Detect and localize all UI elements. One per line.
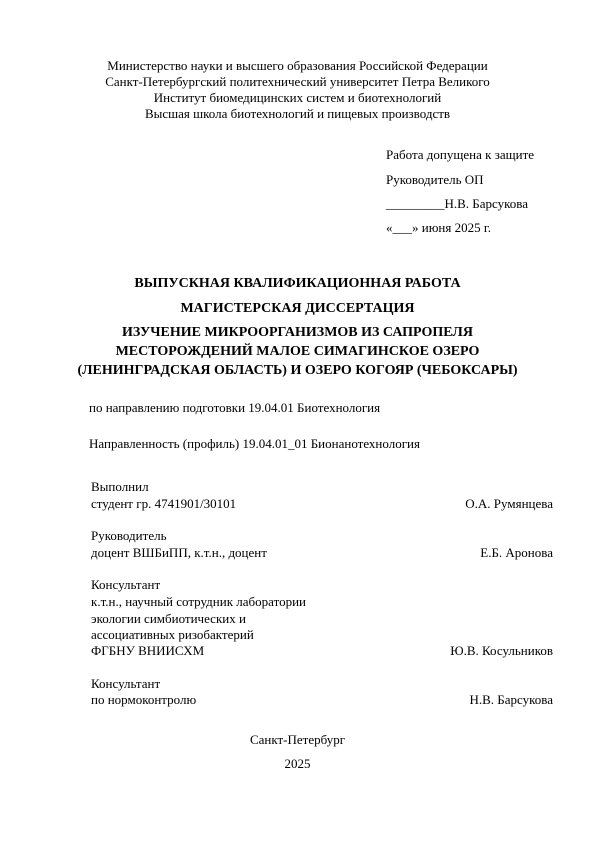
signature-details: студент гр. 4741901/30101 bbox=[91, 496, 236, 512]
signature-details: ФГБНУ ВНИИСХМ bbox=[91, 643, 204, 659]
signature-details: к.т.н., научный сотрудник лаборатории bbox=[91, 594, 306, 610]
topic-line-2: МЕСТОРОЖДЕНИЙ МАЛОЕ СИМАГИНСКОЕ ОЗЕРО bbox=[0, 344, 595, 360]
signature-role: Консультант bbox=[91, 577, 160, 593]
university-line: Санкт-Петербургский политехнический унив… bbox=[0, 74, 595, 90]
signature-role: Руководитель bbox=[91, 528, 167, 544]
institute-line: Институт биомедицинских систем и биотехн… bbox=[0, 90, 595, 106]
signature-details: доцент ВШБиПП, к.т.н., доцент bbox=[91, 545, 267, 561]
study-profile: Направленность (профиль) 19.04.01_01 Био… bbox=[89, 436, 420, 452]
work-type: ВЫПУСКНАЯ КВАЛИФИКАЦИОННАЯ РАБОТА bbox=[0, 276, 595, 292]
approval-date: «___» июня 2025 г. bbox=[386, 220, 491, 236]
signature-details: ассоциативных ризобактерий bbox=[91, 627, 254, 643]
work-subtype: МАГИСТЕРСКАЯ ДИССЕРТАЦИЯ bbox=[0, 301, 595, 317]
signature-role: Консультант bbox=[91, 676, 160, 692]
topic-line-3: (ЛЕНИНГРАДСКАЯ ОБЛАСТЬ) И ОЗЕРО КОГОЯР (… bbox=[0, 363, 595, 379]
approval-signature: _________Н.В. Барсукова bbox=[386, 196, 528, 212]
topic-line-1: ИЗУЧЕНИЕ МИКРООРГАНИЗМОВ ИЗ САПРОПЕЛЯ bbox=[0, 325, 595, 341]
signature-details: по нормоконтролю bbox=[91, 692, 196, 708]
signature-role: Выполнил bbox=[91, 479, 149, 495]
footer-year: 2025 bbox=[0, 756, 595, 772]
footer-city: Санкт-Петербург bbox=[0, 732, 595, 748]
school-line: Высшая школа биотехнологий и пищевых про… bbox=[0, 106, 595, 122]
approval-head: Руководитель ОП bbox=[386, 172, 484, 188]
ministry-line: Министерство науки и высшего образования… bbox=[0, 58, 595, 74]
signature-details: экологии симбиотических и bbox=[91, 611, 246, 627]
signature-name: Е.Б. Аронова bbox=[480, 545, 553, 561]
signature-name: О.А. Румянцева bbox=[465, 496, 553, 512]
signature-name: Ю.В. Косульников bbox=[450, 643, 553, 659]
study-direction: по направлению подготовки 19.04.01 Биоте… bbox=[89, 400, 380, 416]
approval-admitted: Работа допущена к защите bbox=[386, 147, 534, 163]
signature-name: Н.В. Барсукова bbox=[469, 692, 553, 708]
